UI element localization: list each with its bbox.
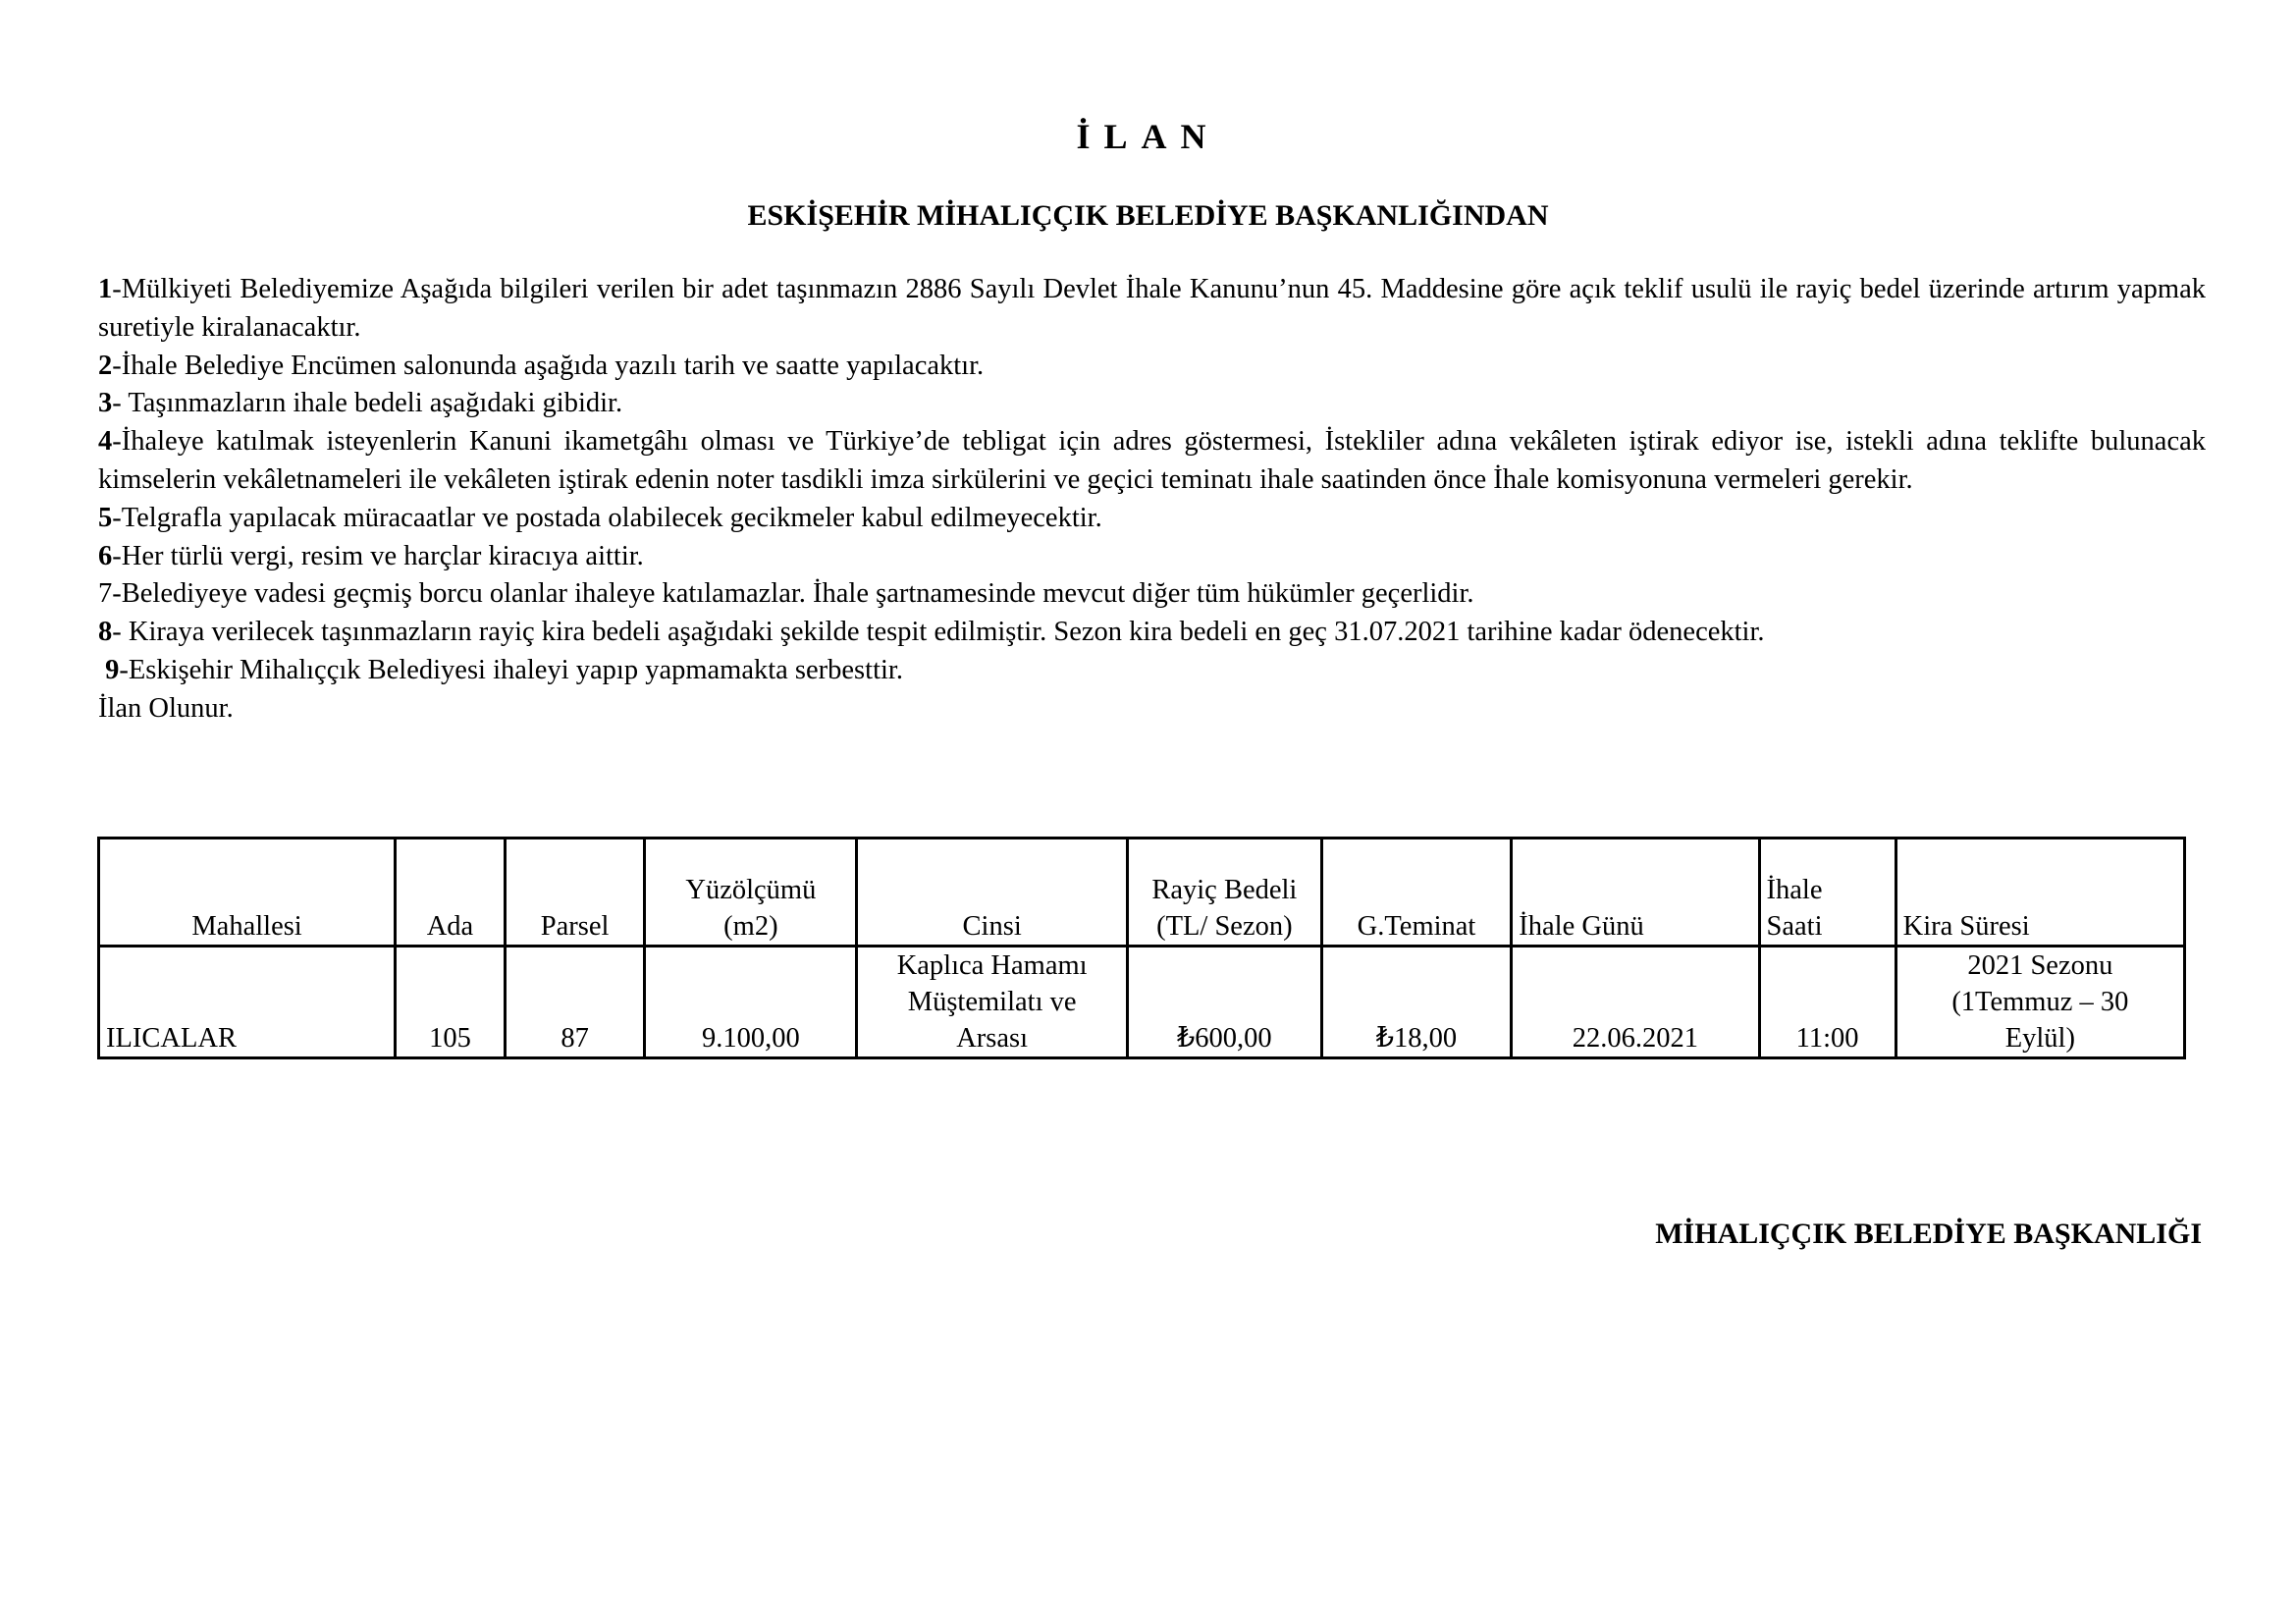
item-8: 8- Kiraya verilecek taşınmazların rayiç … bbox=[98, 614, 2206, 652]
item-text: - Taşınmazların ihale bedeli aşağıdaki g… bbox=[112, 388, 622, 418]
announcement-body: 1-Mülkiyeti Belediyemize Aşağıda bilgile… bbox=[98, 271, 2206, 729]
issuer-heading: ESKİŞEHİR MİHALIÇÇIK BELEDİYE BAŞKANLIĞI… bbox=[0, 199, 2296, 233]
cell-mahallesi: ILICALAR bbox=[99, 947, 396, 1058]
header-rayic-bedeli: Rayiç Bedeli (TL/ Sezon) bbox=[1127, 839, 1321, 947]
header-cinsi: Cinsi bbox=[857, 839, 1128, 947]
item-7: 7-Belediyeye vadesi geçmiş borcu olanlar… bbox=[98, 575, 2206, 614]
item-number: 4 bbox=[98, 426, 112, 457]
tender-table: Mahallesi Ada Parsel Yüzölçümü (m2) Cins… bbox=[97, 837, 2186, 1059]
header-ihale-gunu: İhale Günü bbox=[1512, 839, 1759, 947]
cell-cinsi: Kaplıca Hamamı Müştemilatı ve Arsası bbox=[857, 947, 1128, 1058]
item-number: 5 bbox=[98, 503, 112, 533]
item-number: 1 bbox=[98, 274, 112, 304]
item-text: -Her türlü vergi, resim ve harçlar kirac… bbox=[112, 541, 644, 571]
item-text: -İhale Belediye Encümen salonunda aşağıd… bbox=[112, 351, 984, 381]
item-text: -Belediyeye vadesi geçmiş borcu olanlar … bbox=[112, 578, 1473, 609]
item-2: 2-İhale Belediye Encümen salonunda aşağı… bbox=[98, 348, 2206, 386]
cell-ada: 105 bbox=[396, 947, 506, 1058]
item-6: 6-Her türlü vergi, resim ve harçlar kira… bbox=[98, 538, 2206, 576]
cell-g-teminat: ₺18,00 bbox=[1321, 947, 1512, 1058]
closing-line: İlan Olunur. bbox=[98, 690, 2206, 729]
header-mahallesi: Mahallesi bbox=[99, 839, 396, 947]
header-kira-suresi: Kira Süresi bbox=[1896, 839, 2184, 947]
header-ihale-saati: İhale Saati bbox=[1759, 839, 1896, 947]
cell-parsel: 87 bbox=[505, 947, 645, 1058]
item-number: 8 bbox=[98, 617, 112, 647]
header-ada: Ada bbox=[396, 839, 506, 947]
table-header-row: Mahallesi Ada Parsel Yüzölçümü (m2) Cins… bbox=[99, 839, 2185, 947]
item-1: 1-Mülkiyeti Belediyemize Aşağıda bilgile… bbox=[98, 271, 2206, 348]
header-g-teminat: G.Teminat bbox=[1321, 839, 1512, 947]
item-text: -İhaleye katılmak isteyenlerin Kanuni ik… bbox=[98, 426, 2206, 495]
cell-ihale-saati: 11:00 bbox=[1759, 947, 1896, 1058]
item-text: -Telgrafla yapılacak müracaatlar ve post… bbox=[112, 503, 1101, 533]
item-number: 7 bbox=[98, 578, 112, 609]
item-5: 5-Telgrafla yapılacak müracaatlar ve pos… bbox=[98, 500, 2206, 538]
item-number: 9 bbox=[98, 655, 119, 685]
signature-block: MİHALIÇÇIK BELEDİYE BAŞKANLIĞI bbox=[1655, 1218, 2202, 1251]
cell-rayic-bedeli: ₺600,00 bbox=[1127, 947, 1321, 1058]
item-3: 3- Taşınmazların ihale bedeli aşağıdaki … bbox=[98, 385, 2206, 423]
item-number: 6 bbox=[98, 541, 112, 571]
item-number: 2 bbox=[98, 351, 112, 381]
header-yuzolcumu: Yüzölçümü (m2) bbox=[645, 839, 857, 947]
item-text: -Mülkiyeti Belediyemize Aşağıda bilgiler… bbox=[98, 274, 2206, 343]
item-text: -Eskişehir Mihalıççık Belediyesi ihaleyi… bbox=[119, 655, 903, 685]
header-parsel: Parsel bbox=[505, 839, 645, 947]
cell-yuzolcumu: 9.100,00 bbox=[645, 947, 857, 1058]
item-number: 3 bbox=[98, 388, 112, 418]
item-9: 9-Eskişehir Mihalıççık Belediyesi ihaley… bbox=[98, 652, 2206, 690]
page-title: İLAN bbox=[0, 116, 2296, 157]
table-row: ILICALAR 105 87 9.100,00 Kaplıca Hamamı … bbox=[99, 947, 2185, 1058]
item-4: 4-İhaleye katılmak isteyenlerin Kanuni i… bbox=[98, 423, 2206, 500]
cell-kira-suresi: 2021 Sezonu (1Temmuz – 30 Eylül) bbox=[1896, 947, 2184, 1058]
item-text: - Kiraya verilecek taşınmazların rayiç k… bbox=[112, 617, 1764, 647]
cell-ihale-gunu: 22.06.2021 bbox=[1512, 947, 1759, 1058]
